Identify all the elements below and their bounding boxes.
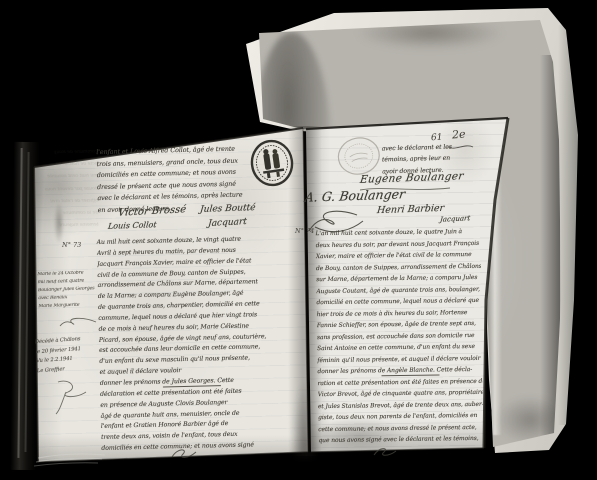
handwriting-line: que nous avons signé avec le déclarant e… (318, 435, 483, 449)
ghost-line: commune de Bouy (39, 150, 97, 163)
signature-witness-2: Louis Collot (108, 220, 157, 231)
ghost-line: de la commune (40, 210, 98, 223)
ghost-line: témoins majeurs (41, 223, 99, 236)
show-through-ghost-text: commune de Bouyacte de naissancemil huit… (39, 150, 98, 236)
left-act-body: Au mil huit cent soixante douze, le ving… (97, 235, 272, 456)
ghost-line: officier de l'état civil (40, 198, 98, 211)
right-act-body: L'an mil huit cent soixante douze, le qu… (315, 228, 483, 449)
folio-number: 61 (431, 133, 443, 144)
revenue-stamp-icon (247, 136, 297, 190)
ink-bleed-smudge (54, 203, 64, 243)
ghost-line: acte de naissance (39, 162, 97, 175)
act-end-paraph-left (170, 447, 198, 461)
signature-witness-3: Jules Boutté (199, 203, 256, 215)
act-number-74: N° 74 (295, 227, 314, 235)
folio-suffix: 2e (452, 128, 466, 142)
margin-paraph-flourish (58, 314, 98, 330)
ghost-line: mil huit cent soixante (40, 174, 98, 187)
margin-note-marriage: Marié le 24 Octobremil neuf cent quatreB… (37, 270, 102, 312)
act-end-paraph-right (372, 446, 398, 459)
signature-mayor-left: Jacquart (208, 217, 248, 229)
signature-mayor-right: Jacquart (440, 214, 471, 224)
archival-register-scan: commune de Bouyacte de naissancemil huit… (0, 0, 597, 480)
act-number-73: N° 73 (62, 241, 81, 249)
margin-clerk-flourish (52, 378, 96, 416)
ghost-line: douze par devant nous (40, 186, 98, 199)
margin-note-death: Décédé à Châlonsle 20 février 1941Vu le … (35, 335, 102, 378)
